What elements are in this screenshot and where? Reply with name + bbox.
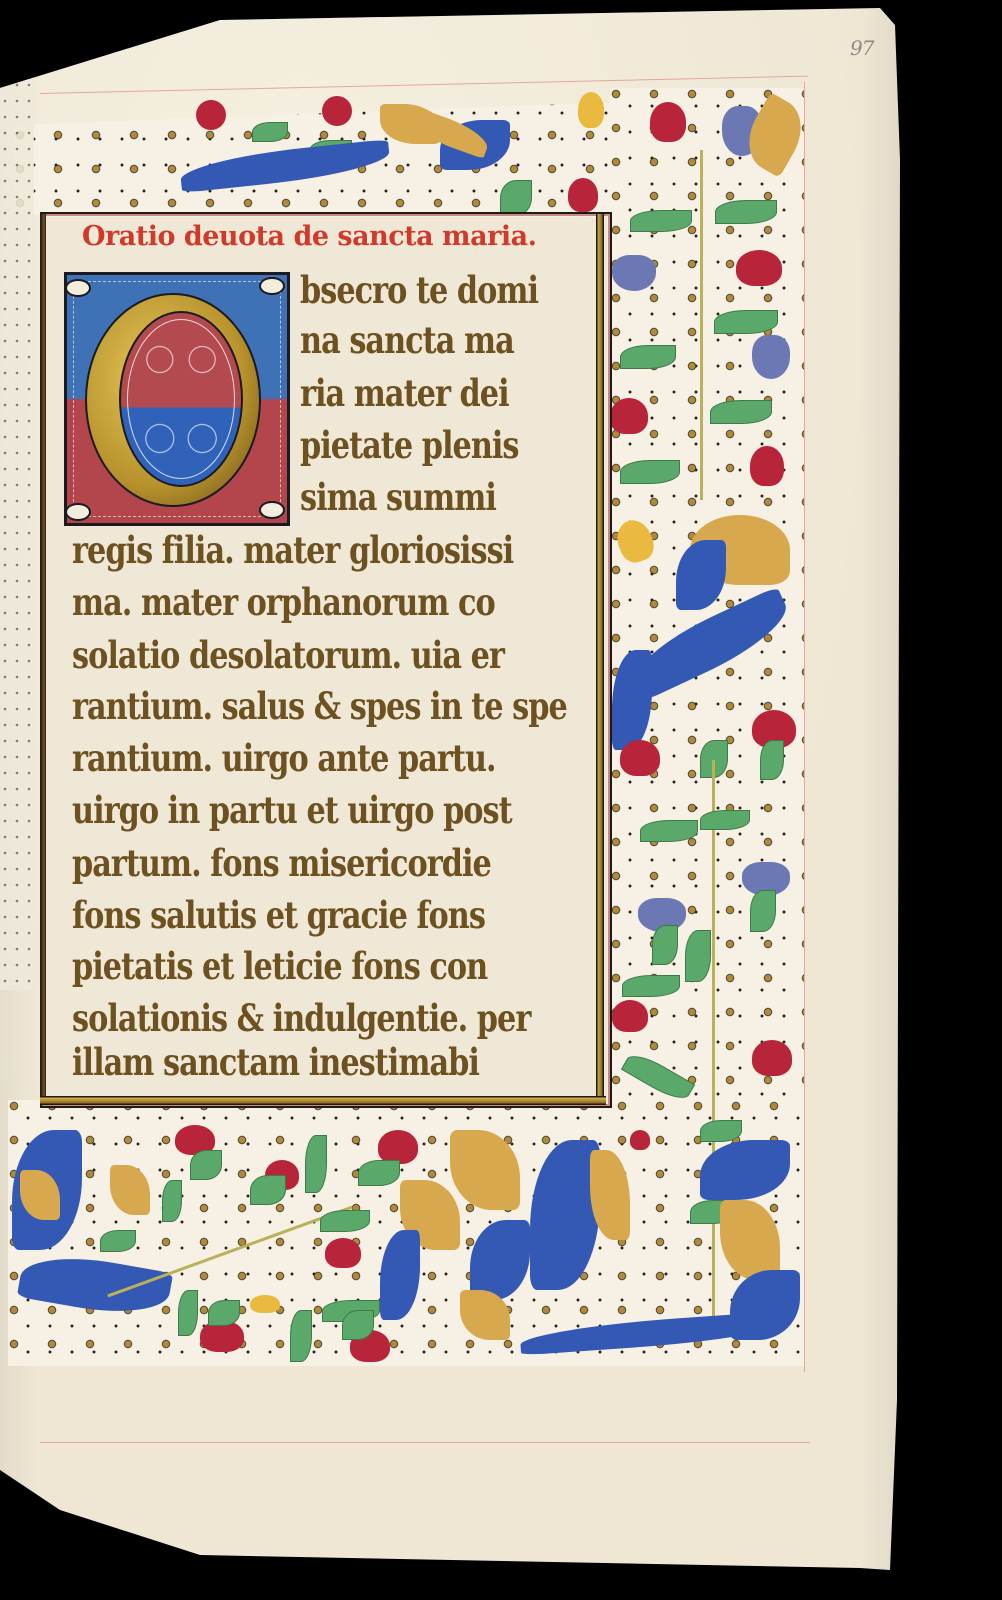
manuscript-page: 97 <box>0 0 1002 1600</box>
red-flower-icon <box>620 740 660 776</box>
leaf-icon <box>100 1230 136 1252</box>
leaf-icon <box>630 210 692 232</box>
red-flower-icon <box>322 96 352 126</box>
corner-leaf-icon <box>65 503 91 521</box>
leaf-icon <box>640 820 698 842</box>
ruling-line-right <box>804 82 805 1372</box>
frame-bar-bottom <box>40 1096 606 1105</box>
red-tulip-icon <box>568 178 598 212</box>
leaf-icon <box>700 810 750 830</box>
red-bud-icon <box>630 1130 650 1150</box>
red-flower-icon <box>750 446 784 486</box>
leaf-icon <box>358 1160 400 1186</box>
text-line: uirgo in partu et uirgo post <box>72 790 512 830</box>
border-left-penwork <box>0 0 34 990</box>
red-flower-icon <box>752 1040 792 1076</box>
corner-leaf-icon <box>65 279 91 297</box>
leaf-icon <box>178 1290 198 1336</box>
text-line: pietate plenis <box>300 425 519 465</box>
red-flower-icon <box>612 1000 648 1032</box>
leaf-icon <box>714 310 778 334</box>
text-line: sima summi <box>300 477 496 517</box>
text-line: ma. mater orphanorum co <box>72 582 495 622</box>
corner-leaf-icon <box>259 501 285 519</box>
text-line: na sancta ma <box>300 320 514 360</box>
leaf-icon <box>305 1135 327 1193</box>
frame-bar-right <box>596 214 604 1104</box>
red-flower-icon <box>325 1238 361 1268</box>
leaf-icon <box>715 200 777 224</box>
leaf-icon <box>760 740 784 780</box>
leaf-icon <box>622 975 680 997</box>
text-line: regis filia. mater gloriosissi <box>72 530 513 570</box>
leaf-icon <box>162 1180 182 1222</box>
red-tulip-icon <box>650 102 686 142</box>
illuminated-initial <box>64 272 290 526</box>
leaf-icon <box>320 1210 370 1232</box>
vine-stem <box>712 760 715 1320</box>
vine-stem <box>700 150 703 500</box>
leaf-icon <box>652 925 678 965</box>
leaf-icon <box>685 930 711 982</box>
gold-leaf-icon <box>250 1295 280 1313</box>
red-flower-icon <box>378 1130 418 1164</box>
gold-bud-icon <box>578 92 604 128</box>
leaf-icon <box>620 345 676 369</box>
text-line: partum. fons misericordie <box>72 843 491 883</box>
leaf-icon <box>250 1175 286 1205</box>
leaf-icon <box>252 122 288 142</box>
leaf-icon <box>208 1300 240 1326</box>
red-flower-icon <box>196 100 226 130</box>
corner-leaf-icon <box>259 277 285 295</box>
text-line: rantium. uirgo ante partu. <box>72 738 496 778</box>
red-tulip-icon <box>610 398 648 434</box>
leaf-icon <box>750 890 776 932</box>
leaf-icon <box>500 180 532 216</box>
folio-number: 97 <box>850 36 873 60</box>
rubric-heading: Oratio deuota de sancta maria. <box>82 222 602 252</box>
frame-bar-left <box>40 214 46 1099</box>
leaf-icon <box>290 1310 312 1362</box>
blue-flower-icon <box>752 335 790 379</box>
text-line: rantium. salus & spes in te spe <box>72 686 567 726</box>
text-line: solatio desolatorum. uia er <box>72 635 504 675</box>
text-line: solationis & indulgentie. per <box>72 998 530 1038</box>
text-line: fons salutis et gracie fons <box>72 895 485 935</box>
leaf-icon <box>700 1120 742 1142</box>
text-line: ria mater dei <box>300 373 509 413</box>
initial-counter-ornament <box>119 311 243 487</box>
leaf-icon <box>620 460 680 484</box>
blue-flower-icon <box>612 255 656 291</box>
text-line: pietatis et leticie fons con <box>72 946 487 986</box>
text-line: bsecro te domi <box>300 270 538 310</box>
red-flower-icon <box>736 250 782 286</box>
ruling-line-bottom <box>40 1442 810 1443</box>
leaf-icon <box>342 1310 374 1340</box>
text-line: illam sanctam inestimabi <box>72 1042 479 1082</box>
leaf-icon <box>710 400 772 424</box>
leaf-icon <box>190 1150 222 1180</box>
